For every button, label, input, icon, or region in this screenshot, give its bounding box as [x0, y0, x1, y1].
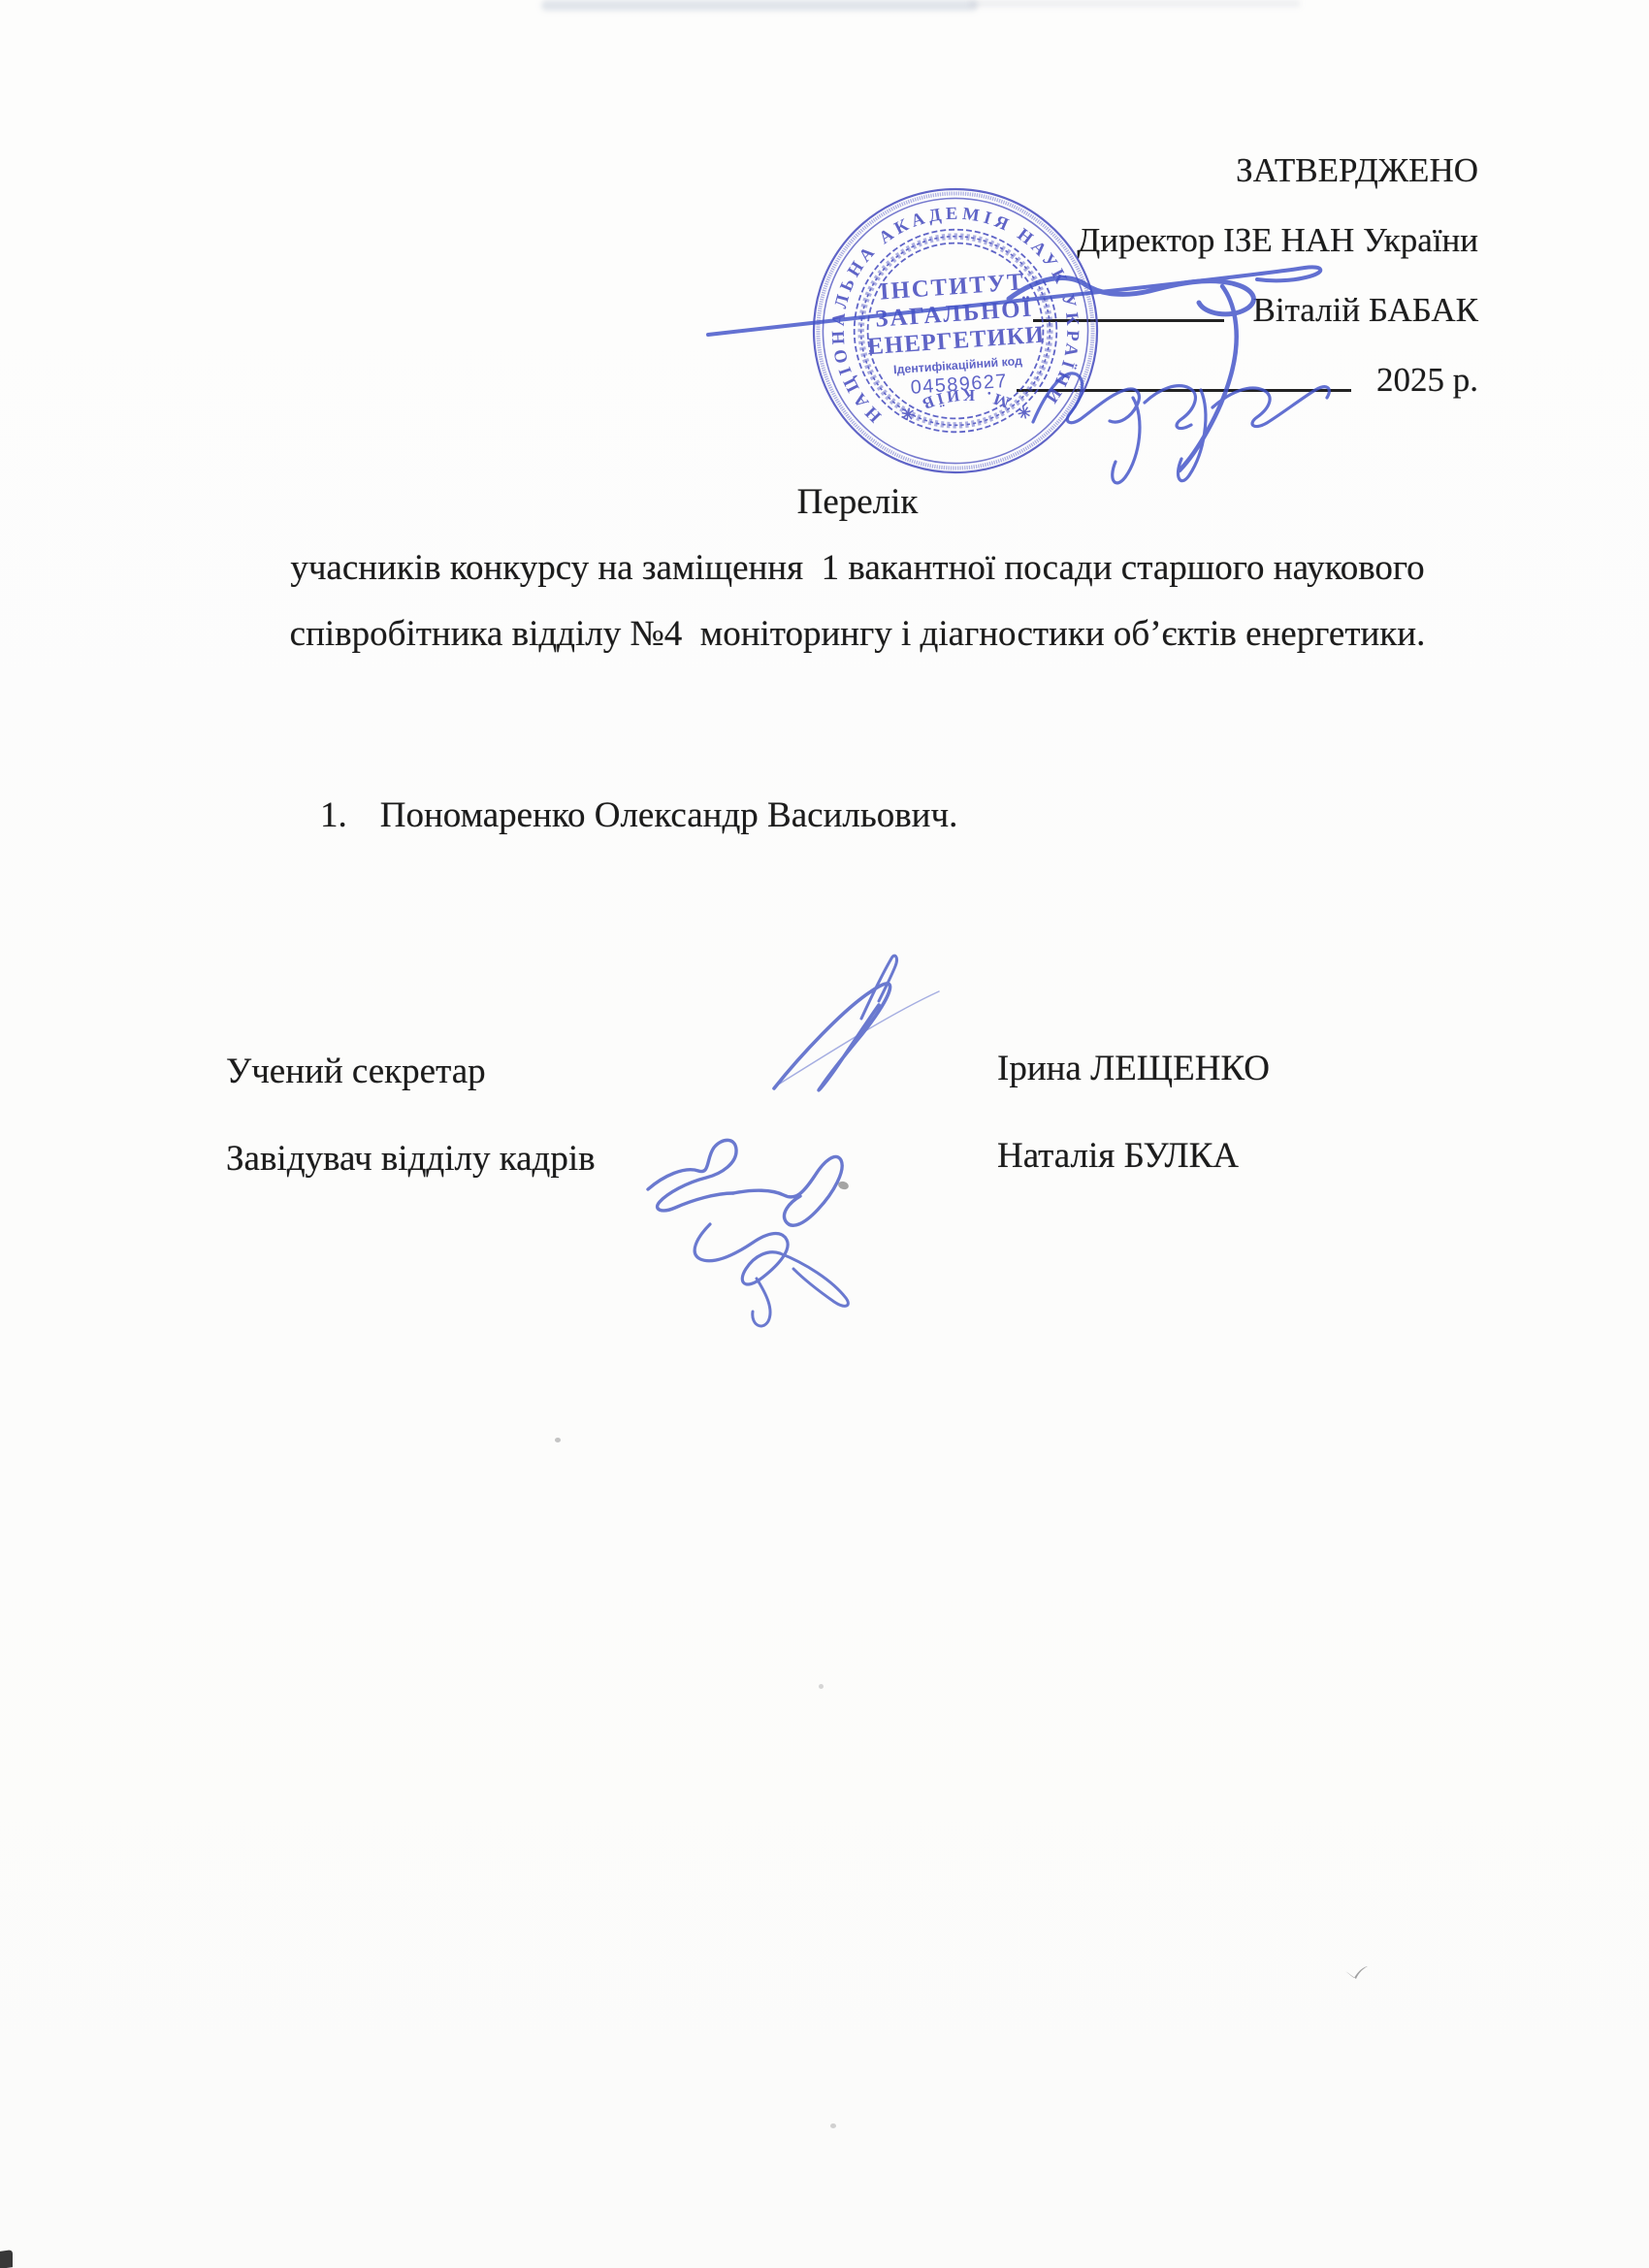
stamp-org-name-line2: ЗАГАЛЬНОЇ [874, 295, 1034, 332]
director-name: Віталій БАБАК [1253, 291, 1478, 329]
scanned-document-page: ЗАТВЕРДЖЕНО Директор ІЗЕ НАН України Віт… [0, 0, 1649, 2268]
role-label-secretary: Учений секретар [226, 1051, 486, 1092]
scan-smudge [541, 0, 978, 11]
signature-underline [1033, 315, 1224, 322]
scan-speck [555, 1438, 561, 1442]
stamp-id-code: 04589627 [910, 371, 1009, 399]
paragraph-line-2: співробітника відділу №4 моніторингу і д… [237, 615, 1478, 654]
hr-signature-ink [611, 1116, 902, 1329]
list-item-number: 1. [320, 795, 347, 835]
role-label-hr-head: Завідувач відділу кадрів [226, 1138, 596, 1180]
svg-text:✳ М. КИЇВ ✳: ✳ М. КИЇВ ✳ [894, 381, 1036, 433]
date-underline [1017, 385, 1351, 392]
candidate-list-item: 1.Пономаренко Олександр Васильович. [284, 753, 957, 878]
scan-check-mark [1342, 1960, 1372, 1983]
secretary-signature-ink [747, 951, 989, 1116]
document-title: Перелік [237, 483, 1478, 522]
scan-speck [830, 2123, 836, 2128]
scan-corner-mark [0, 2250, 13, 2268]
candidate-name: Пономаренко Олександр Васильович. [380, 795, 958, 835]
scan-speck [837, 1180, 850, 1190]
year-label: 2025 р. [1376, 361, 1478, 399]
signatory-name-hr-head: Наталія БУЛКА [997, 1135, 1239, 1177]
approval-block: ЗАТВЕРДЖЕНО Директор ІЗЕ НАН України Віт… [1017, 136, 1478, 415]
scan-smudge [970, 0, 1300, 7]
approved-label: ЗАТВЕРДЖЕНО [1017, 136, 1478, 206]
stamp-id-label: Ідентифікаційний код [893, 354, 1023, 376]
signatory-name-secretary: Ірина ЛЕЩЕНКО [997, 1048, 1270, 1089]
stamp-org-name-line1: ІНСТИТУТ [879, 269, 1026, 305]
stamp-city-text: ✳ М. КИЇВ ✳ [894, 381, 1036, 433]
scan-speck [819, 1684, 824, 1689]
paragraph-line-1: учасників конкурсу на заміщення 1 вакант… [237, 549, 1478, 588]
director-title-line: Директор ІЗЕ НАН України [1017, 206, 1478, 275]
year-line: 2025 р. [1017, 345, 1478, 415]
director-name-line: Віталій БАБАК [1017, 275, 1478, 345]
